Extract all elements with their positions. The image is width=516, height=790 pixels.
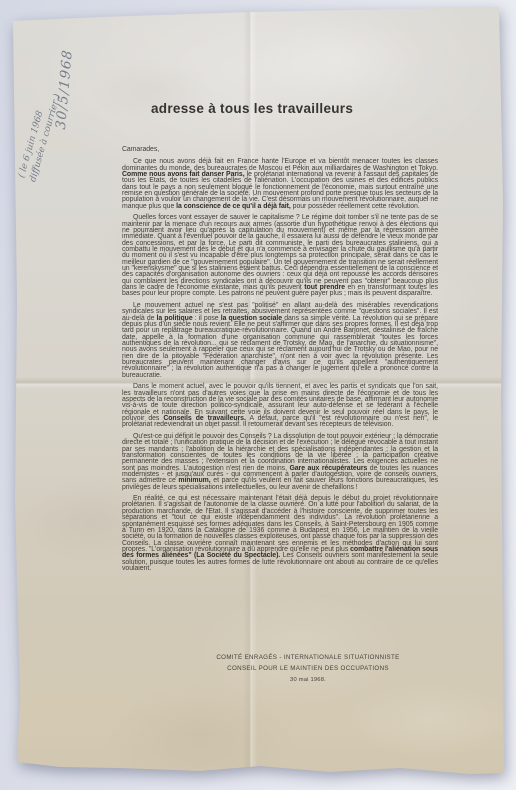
leaflet-body: Camarades, Ce que nous avons déjà fait e… (122, 147, 438, 577)
paragraph: Quelles forces vont essayer de sauver le… (122, 215, 438, 297)
text-run: pour posséder réellement cette révolutio… (291, 203, 420, 210)
paragraph: Ce que nous avons déjà fait en France ha… (122, 159, 438, 210)
paragraph: En réalité, ce qui est nécessaire mainte… (122, 496, 438, 572)
text-run: dans sa simple vérité. La révolution qui… (122, 315, 438, 379)
leaflet-paper: ( le 6 juin 1968 diffusée à courrier ) 3… (0, 0, 516, 790)
bold-text-run: la conscience de ce qu'il a déjà fait, (176, 203, 291, 210)
text-run: Ce que nous avons déjà fait en France ha… (122, 158, 438, 171)
paragraphs-container: Ce que nous avons déjà fait en France ha… (122, 159, 438, 572)
photo-of-leaflet: { "colors": { "background": "#dfe2ec", "… (0, 0, 516, 790)
signature-block: COMITÉ ENRAGÉS - INTERNATIONALE SITUATIO… (208, 652, 408, 686)
text-run: En réalité, ce qui est nécessaire mainte… (122, 495, 438, 553)
handwritten-date: 30/5/1968 (53, 48, 76, 130)
paragraph: Le mouvement actuel ne s'est pas "politi… (122, 303, 438, 379)
paragraph: Qu'est-ce qui définit le pouvoir des Con… (122, 434, 438, 491)
signature-date: 30 mai 1968. (208, 675, 408, 686)
paper-shadow: ( le 6 juin 1968 diffusée à courrier ) 3… (0, 0, 516, 790)
signature-committee: COMITÉ ENRAGÉS - INTERNATIONALE SITUATIO… (208, 652, 408, 663)
signature-council: CONSEIL POUR LE MAINTIEN DES OCCUPATIONS (208, 663, 408, 674)
leaflet-title: adresse à tous les travailleurs (151, 101, 353, 116)
text-run: Quelles forces vont essayer de sauver le… (122, 214, 438, 291)
salutation: Camarades, (122, 147, 438, 153)
paragraph: Dans le moment actuel, avec le pouvoir q… (122, 384, 438, 428)
